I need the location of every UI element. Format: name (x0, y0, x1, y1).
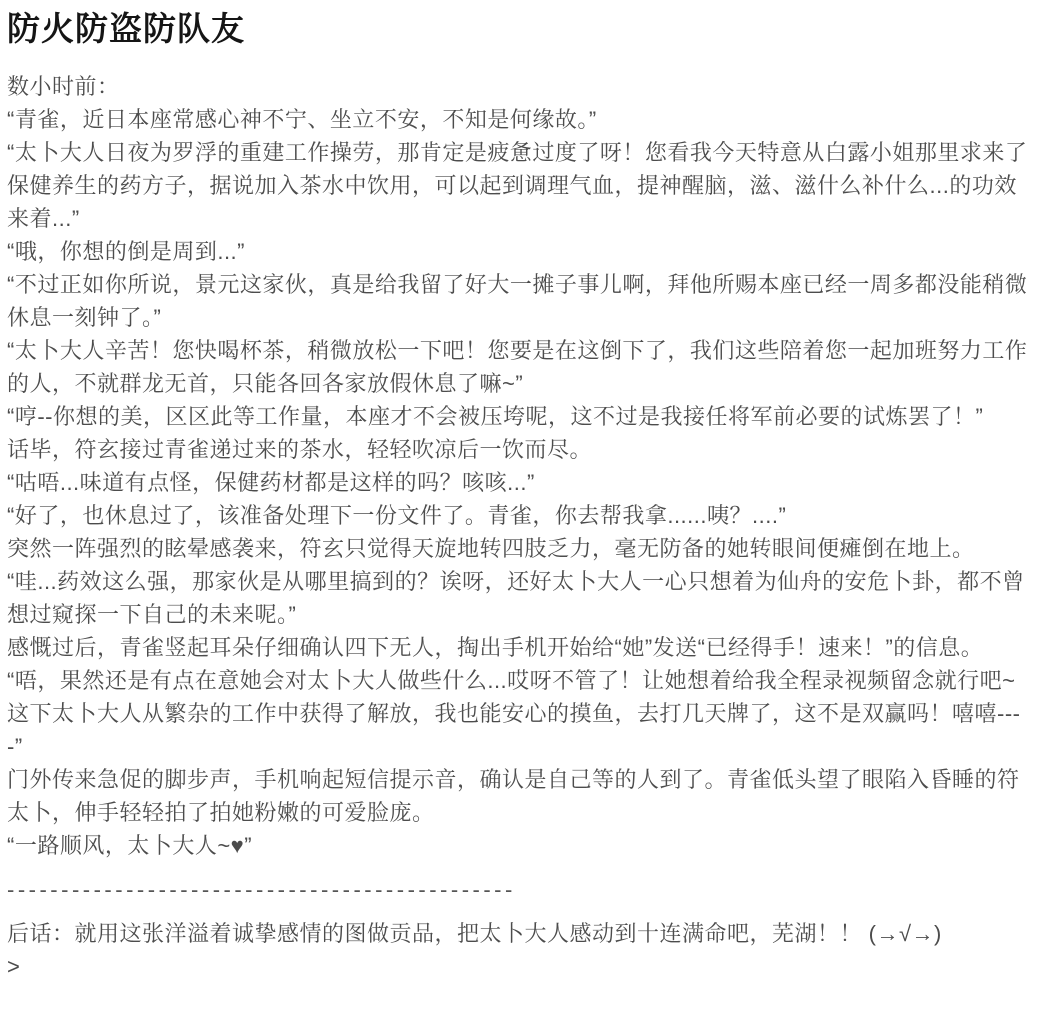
paragraph: 话毕，符玄接过青雀递过来的茶水，轻轻吹凉后一饮而尽。 (7, 433, 1030, 466)
paragraph: “哼--你想的美，区区此等工作量，本座才不会被压垮呢，这不过是我接任将军前必要的… (7, 400, 1030, 433)
divider-line: ----------------------------------------… (7, 873, 1030, 906)
document-page: 防火防盗防队友 数小时前：“青雀，近日本座常感心神不宁、坐立不安，不知是何缘故。… (0, 0, 1038, 983)
story-body: 数小时前：“青雀，近日本座常感心神不宁、坐立不安，不知是何缘故。”“太卜大人日夜… (7, 70, 1030, 983)
paragraph: “唔，果然还是有点在意她会对太卜大人做些什么...哎呀不管了！让她想着给我全程录… (7, 664, 1030, 763)
paragraph: 门外传来急促的脚步声，手机响起短信提示音，确认是自己等的人到了。青雀低头望了眼陷… (7, 763, 1030, 829)
paragraph: “好了，也休息过了，该准备处理下一份文件了。青雀，你去帮我拿......咦？..… (7, 499, 1030, 532)
paragraph: “哦，你想的倒是周到...” (7, 235, 1030, 268)
paragraph: > (7, 950, 1030, 983)
paragraph: “咕唔...味道有点怪，保健药材都是这样的吗？咳咳...” (7, 466, 1030, 499)
paragraph: 感慨过后，青雀竖起耳朵仔细确认四下无人，掏出手机开始给“她”发送“已经得手！速来… (7, 631, 1030, 664)
page-title: 防火防盗防队友 (7, 8, 1030, 49)
paragraph: 后话：就用这张洋溢着诚挚感情的图做贡品，把太卜大人感动到十连满命吧，芜湖！！ (… (7, 917, 1030, 950)
paragraph: “太卜大人日夜为罗浮的重建工作操劳，那肯定是疲惫过度了呀！您看我今天特意从白露小… (7, 136, 1030, 235)
paragraph: “哇...药效这么强，那家伙是从哪里搞到的？诶呀，还好太卜大人一心只想着为仙舟的… (7, 565, 1030, 631)
paragraph: 突然一阵强烈的眩晕感袭来，符玄只觉得天旋地转四肢乏力，毫无防备的她转眼间便瘫倒在… (7, 532, 1030, 565)
paragraph: “青雀，近日本座常感心神不宁、坐立不安，不知是何缘故。” (7, 103, 1030, 136)
paragraph: “一路顺风，太卜大人~♥” (7, 829, 1030, 862)
paragraph: “太卜大人辛苦！您快喝杯茶，稍微放松一下吧！您要是在这倒下了，我们这些陪着您一起… (7, 334, 1030, 400)
paragraph: “不过正如你所说，景元这家伙，真是给我留了好大一摊子事儿啊，拜他所赐本座已经一周… (7, 268, 1030, 334)
paragraph: 数小时前： (7, 70, 1030, 103)
